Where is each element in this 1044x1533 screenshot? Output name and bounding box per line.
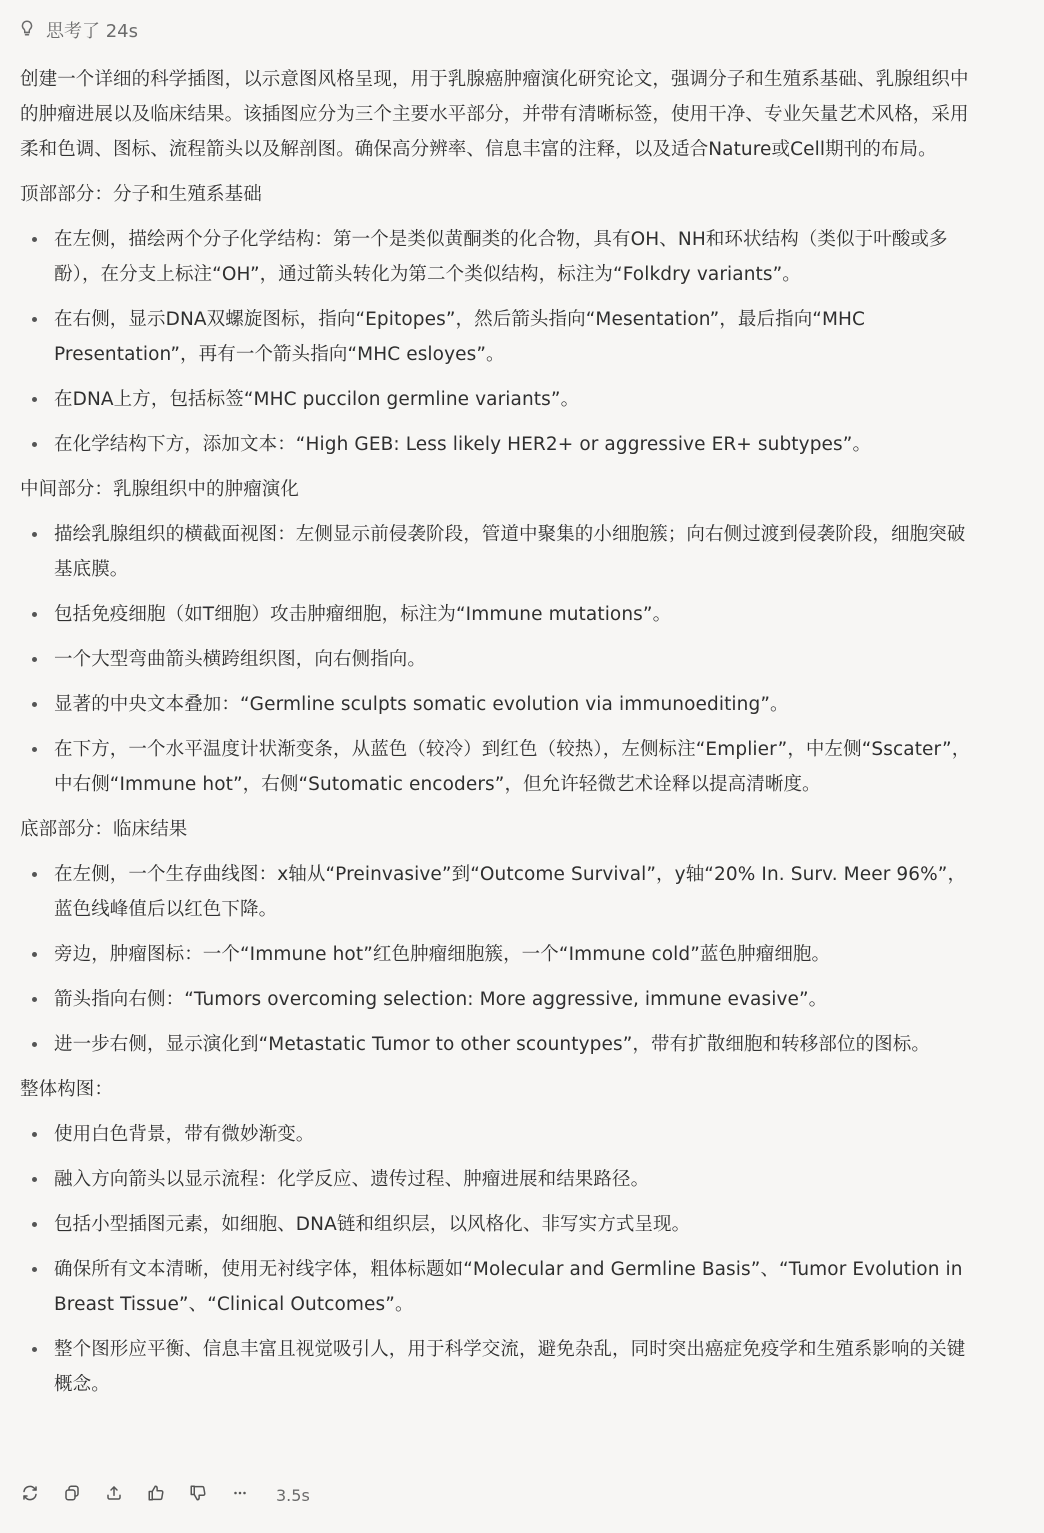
copy-button[interactable] [60,1482,102,1508]
list-item: 融入方向箭头以显示流程：化学反应、遗传过程、肿瘤进展和结果路径。 [20,1162,980,1197]
list-item: 一个大型弯曲箭头横跨组织图，向右侧指向。 [20,642,980,677]
list-item: 包括小型插图元素，如细胞、DNA链和组织层，以风格化、非写实方式呈现。 [20,1207,980,1242]
thinking-toggle[interactable]: 思考了 24s [18,16,138,44]
list-item: 描绘乳腺组织的横截面视图：左侧显示前侵袭阶段，管道中聚集的小细胞簇；向右侧过渡到… [20,517,980,587]
list-item: 在化学结构下方，添加文本：“High GEB: Less likely HER2… [20,427,980,462]
list-item: 进一步右侧，显示演化到“Metastatic Tumor to other sc… [20,1027,980,1062]
section-list-top: 在左侧，描绘两个分子化学结构：第一个是类似黄酮类的化合物，具有OH、NH和环状结… [20,222,980,462]
thumbs-down-icon [189,1484,207,1506]
list-item: 整个图形应平衡、信息丰富且视觉吸引人，用于科学交流，避免杂乱，同时突出癌症免疫学… [20,1332,980,1402]
list-item: 确保所有文本清晰，使用无衬线字体，粗体标题如“Molecular and Ger… [20,1252,980,1322]
list-item: 在右侧，显示DNA双螺旋图标，指向“Epitopes”，然后箭头指向“Mesen… [20,302,980,372]
thumbs-up-icon [147,1484,165,1506]
intro-paragraph: 创建一个详细的科学插图，以示意图风格呈现，用于乳腺癌肿瘤演化研究论文，强调分子和… [20,62,980,167]
lightbulb-icon [18,19,36,42]
list-item: 在左侧，一个生存曲线图：x轴从“Preinvasive”到“Outcome Su… [20,857,980,927]
refresh-icon [21,1484,39,1506]
section-heading-top: 顶部部分：分子和生殖系基础 [20,177,980,212]
message-actions: 3.5s [18,1482,310,1508]
list-item: 在DNA上方，包括标签“MHC puccilon germline varian… [20,382,980,417]
response-time: 3.5s [276,1486,310,1505]
list-item: 在左侧，描绘两个分子化学结构：第一个是类似黄酮类的化合物，具有OH、NH和环状结… [20,222,980,292]
thinking-label: 思考了 24s [46,17,138,43]
list-item: 旁边，肿瘤图标：一个“Immune hot”红色肿瘤细胞簇，一个“Immune … [20,937,980,972]
like-button[interactable] [144,1482,186,1508]
list-item: 箭头指向右侧：“Tumors overcoming selection: Mor… [20,982,980,1017]
section-heading-middle: 中间部分：乳腺组织中的肿瘤演化 [20,472,980,507]
section-list-middle: 描绘乳腺组织的横截面视图：左侧显示前侵袭阶段，管道中聚集的小细胞簇；向右侧过渡到… [20,517,980,802]
list-item: 在下方，一个水平温度计状渐变条，从蓝色（较冷）到红色（较热），左侧标注“Empl… [20,732,980,802]
more-button[interactable] [228,1482,270,1508]
section-heading-bottom: 底部部分：临床结果 [20,812,980,847]
copy-icon [63,1484,81,1506]
share-icon [105,1484,123,1506]
list-item: 显著的中央文本叠加：“Germline sculpts somatic evol… [20,687,980,722]
list-item: 包括免疫细胞（如T细胞）攻击肿瘤细胞，标注为“Immune mutations”… [20,597,980,632]
message-content: 创建一个详细的科学插图，以示意图风格呈现，用于乳腺癌肿瘤演化研究论文，强调分子和… [20,62,980,1412]
section-list-overall: 使用白色背景，带有微妙渐变。 融入方向箭头以显示流程：化学反应、遗传过程、肿瘤进… [20,1117,980,1402]
regenerate-button[interactable] [18,1482,60,1508]
section-list-bottom: 在左侧，一个生存曲线图：x轴从“Preinvasive”到“Outcome Su… [20,857,980,1062]
share-button[interactable] [102,1482,144,1508]
section-heading-overall: 整体构图： [20,1072,980,1107]
list-item: 使用白色背景，带有微妙渐变。 [20,1117,980,1152]
dislike-button[interactable] [186,1482,228,1508]
more-icon [231,1484,249,1506]
